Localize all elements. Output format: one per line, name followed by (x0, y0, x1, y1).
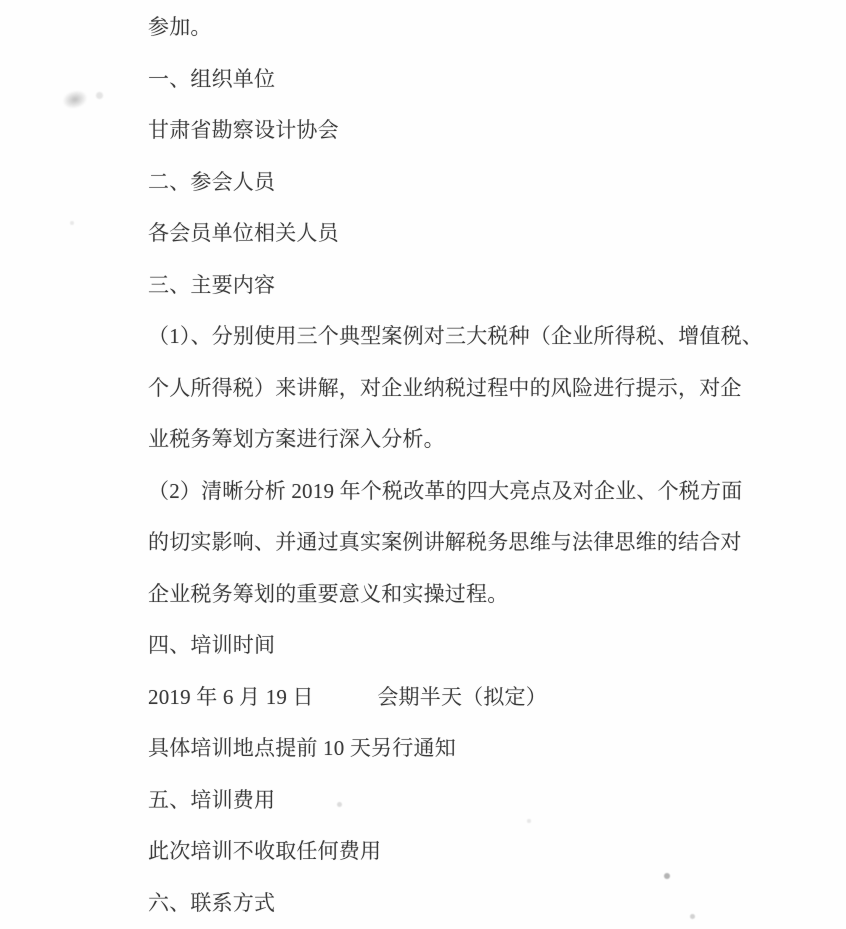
scan-noise-speck (70, 221, 74, 225)
doc-line-training-date: 2019 年 6 月 19 日 会期半天（拟定） (148, 672, 808, 724)
doc-line-fee-detail: 此次培训不收取任何费用 (148, 826, 808, 878)
doc-heading-attendees: 二、参会人员 (148, 157, 808, 209)
doc-line-organizer-name: 甘肃省勘察设计协会 (148, 105, 808, 157)
doc-line-content-1c: 业税务筹划方案进行深入分析。 (148, 414, 808, 466)
doc-heading-training-fee: 五、培训费用 (148, 775, 808, 827)
doc-line-content-1b: 个人所得税）来讲解，对企业纳税过程中的风险进行提示，对企 (148, 363, 808, 415)
doc-line-training-location: 具体培训地点提前 10 天另行通知 (148, 723, 808, 775)
doc-heading-training-time: 四、培训时间 (148, 620, 808, 672)
doc-heading-main-content: 三、主要内容 (148, 260, 808, 312)
doc-line-content-2a: （2）清晰分析 2019 年个税改革的四大亮点及对企业、个税方面 (148, 466, 808, 518)
doc-heading-organizer: 一、组织单位 (148, 54, 808, 106)
scanned-document-page: 参加。 一、组织单位 甘肃省勘察设计协会 二、参会人员 各会员单位相关人员 三、… (0, 0, 846, 929)
doc-line-content-2c: 企业税务筹划的重要意义和实操过程。 (148, 569, 808, 621)
scan-noise-speck (96, 92, 103, 99)
doc-line-attendees-detail: 各会员单位相关人员 (148, 208, 808, 260)
scan-noise-smudge (61, 88, 89, 111)
document-text-block: 参加。 一、组织单位 甘肃省勘察设计协会 二、参会人员 各会员单位相关人员 三、… (148, 2, 808, 929)
doc-line-content-1a: （1）、分别使用三个典型案例对三大税种（企业所得税、增值税、 (148, 311, 808, 363)
doc-heading-contact: 六、联系方式 (148, 878, 808, 929)
doc-line-content-2b: 的切实影响、并通过真实案例讲解税务思维与法律思维的结合对 (148, 517, 808, 569)
doc-line-participate: 参加。 (148, 2, 808, 54)
